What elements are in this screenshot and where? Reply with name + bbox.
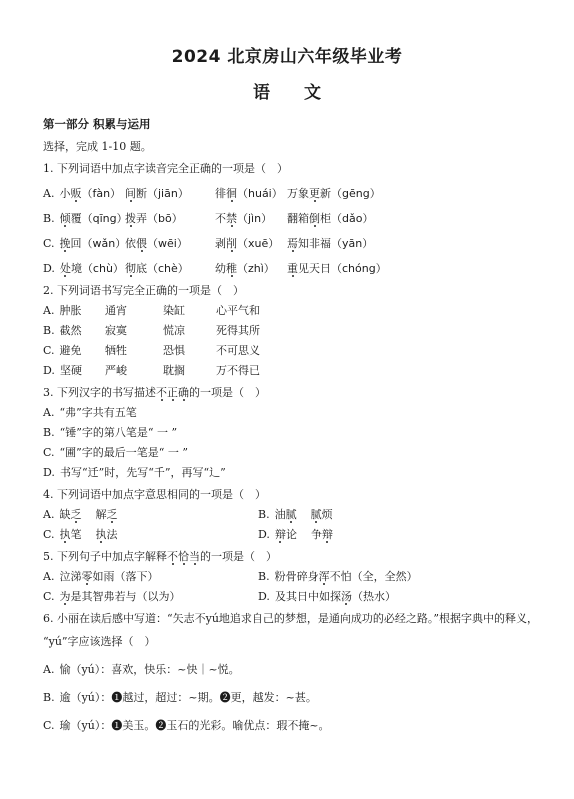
- option-cell: B.油腻腻烦: [258, 507, 546, 522]
- option-cell: B.倾覆（qīng）: [43, 211, 125, 226]
- option-cell: 幼稚（zhì）: [215, 261, 287, 276]
- dictionary-definition: 逾（yú）：❶越过，超过：~期。❷更，越发：~甚。: [60, 691, 317, 704]
- pinyin-text: （wēi）: [147, 237, 188, 250]
- option-cell: 万象更新（gēng）: [287, 186, 546, 201]
- option-cell: 严峻: [105, 363, 163, 378]
- option-cell: 寂寞: [105, 323, 163, 338]
- option-label: A.: [43, 304, 54, 317]
- pinyin-text: （jìn）: [237, 212, 272, 225]
- option-row: B.截然寂寞慌凉死得其所: [43, 323, 546, 338]
- option-label: D.: [258, 590, 270, 603]
- option-cell: 依偎（wēi）: [125, 236, 215, 251]
- option-row: B.逾（yú）：❶越过，超过：~期。❷更，越发：~甚。: [43, 690, 546, 705]
- pinyin-text: （zhì）: [237, 262, 275, 275]
- option-row: A.泣涕零如雨（落下）B.粉骨碎身浑不怕（全，全然）: [43, 569, 546, 584]
- subject-title: 语 文: [0, 82, 574, 104]
- option-row: C.执笔执法D.辩论争辩: [43, 527, 546, 542]
- option-cell: 重见天日（chóng）: [287, 261, 546, 276]
- option-label: B.: [43, 324, 55, 337]
- option-word: 执笔: [60, 528, 82, 541]
- pinyin-text: （jiān）: [147, 187, 189, 200]
- option-cell: 翻箱倒柜（dǎo）: [287, 211, 546, 226]
- option-cell: D.坚硬: [43, 363, 105, 378]
- option-cell: 万不得已: [216, 363, 546, 378]
- pinyin-text: （chù）: [82, 262, 124, 275]
- option-label: A.: [43, 663, 54, 676]
- question-1: 1. 下列词语中加点字读音完全正确的一项是（ ）A.小贩（fàn）间断（jiān…: [43, 161, 546, 276]
- option-label: C.: [43, 344, 55, 357]
- option-label: D.: [258, 528, 270, 541]
- pinyin-text: （qīng）: [82, 212, 128, 225]
- option-cell: C.挽回（wǎn）: [43, 236, 125, 251]
- option-word: 缺乏: [59, 508, 81, 521]
- option-row: C.瑜（yú）：❶美玉。❷玉石的光彩。喻优点：瑕不掩~。: [43, 718, 546, 733]
- question-4: 4. 下列词语中加点字意思相同的一项是（ ）A.缺乏解乏B.油腻腻烦C.执笔执法…: [43, 487, 546, 542]
- option-row: A.缺乏解乏B.油腻腻烦: [43, 507, 546, 522]
- option-cell: A.缺乏解乏: [43, 507, 258, 522]
- option-row: B.倾覆（qīng）拨弄（bō）不禁（jìn）翻箱倒柜（dǎo）: [43, 211, 546, 226]
- option-cell: B.粉骨碎身浑不怕（全，全然）: [258, 569, 546, 584]
- section-heading: 第一部分 积累与运用: [43, 117, 546, 132]
- option-label: A.: [43, 187, 54, 200]
- question-prompt: 1. 下列词语中加点字读音完全正确的一项是（ ）: [43, 161, 546, 176]
- option-row: C.避免牺牲恐惧不可思义: [43, 343, 546, 358]
- option-word: 辩论: [275, 528, 297, 541]
- pinyin-text: （fàn）: [81, 187, 121, 200]
- option-row: C.“圃”字的最后一笔是“ 一 ”: [43, 445, 546, 460]
- pinyin-text: （bō）: [147, 212, 183, 225]
- dictionary-definition: 愉（yú）：喜欢，快乐：~快｜~悦。: [59, 663, 239, 676]
- option-cell: 徘徊（huái）: [215, 186, 287, 201]
- option-label: C.: [43, 590, 55, 603]
- option-row: A.愉（yú）：喜欢，快乐：~快｜~悦。: [43, 662, 546, 677]
- option-label: B.: [258, 508, 270, 521]
- option-row: A.肿胀通宵染缸心平气和: [43, 303, 546, 318]
- option-label: D.: [43, 466, 55, 479]
- question-prompt: 5. 下列句子中加点字解释不恰当的一项是（ ）: [43, 549, 546, 564]
- question-5: 5. 下列句子中加点字解释不恰当的一项是（ ）A.泣涕零如雨（落下）B.粉骨碎身…: [43, 549, 546, 604]
- pinyin-text: （dǎo）: [331, 212, 373, 225]
- question-stem: 6. 小丽在读后感中写道：“矢志不yú地追求自己的梦想，是通向成功的必经之路。”…: [43, 611, 546, 626]
- option-label: A.: [43, 570, 54, 583]
- option-row: A.“弗”字共有五笔: [43, 405, 546, 420]
- question-3: 3. 下列汉字的书写描述不正确的一项是（ ）A.“弗”字共有五笔B.“锤”字的第…: [43, 385, 546, 480]
- option-cell: 不可思义: [216, 343, 546, 358]
- option-label: D.: [43, 364, 55, 377]
- option-label: D.: [43, 262, 55, 275]
- option-word: 腻烦: [311, 508, 333, 521]
- option-word: 争辩: [311, 528, 333, 541]
- option-cell: 彻底（chè）: [125, 261, 215, 276]
- option-word: 油腻: [275, 508, 297, 521]
- question-2: 2. 下列词语书写完全正确的一项是（ ）A.肿胀通宵染缸心平气和B.截然寂寞慌凉…: [43, 283, 546, 378]
- intro-line: 选择，完成 1-10 题。: [43, 139, 546, 154]
- option-word: 执法: [96, 528, 118, 541]
- pinyin-text: （chè）: [147, 262, 189, 275]
- option-label: C.: [43, 528, 55, 541]
- pinyin-text: （yān）: [331, 237, 373, 250]
- pinyin-text: （huái）: [237, 187, 283, 200]
- option-cell: 不禁（jìn）: [215, 211, 287, 226]
- option-row: A.小贩（fàn）间断（jiān）徘徊（huái）万象更新（gēng）: [43, 186, 546, 201]
- question-prompt: 4. 下列词语中加点字意思相同的一项是（ ）: [43, 487, 546, 502]
- option-label: B.: [43, 212, 55, 225]
- option-row: D.书写“迁”时，先写“千”，再写“辶”: [43, 465, 546, 480]
- option-label: A.: [43, 406, 54, 419]
- option-label: A.: [43, 508, 54, 521]
- option-cell: 恐惧: [163, 343, 216, 358]
- pinyin-text: （wǎn）: [82, 237, 127, 250]
- questions-list: 1. 下列词语中加点字读音完全正确的一项是（ ）A.小贩（fàn）间断（jiān…: [43, 161, 546, 733]
- option-cell: D.处境（chù）: [43, 261, 125, 276]
- option-cell: 通宵: [105, 303, 163, 318]
- page-title: 2024 北京房山六年级毕业考: [0, 46, 574, 68]
- option-cell: D.辩论争辩: [258, 527, 546, 542]
- option-cell: 死得其所: [216, 323, 546, 338]
- question-prompt: 3. 下列汉字的书写描述不正确的一项是（ ）: [43, 385, 546, 400]
- option-cell: 焉知非福（yān）: [287, 236, 546, 251]
- option-cell: A.小贩（fàn）: [43, 186, 125, 201]
- option-cell: A.泣涕零如雨（落下）: [43, 569, 258, 584]
- option-word: 解乏: [95, 508, 117, 521]
- question-stem: “yú”字应该选择（ ）: [43, 634, 546, 649]
- question-prompt: 2. 下列词语书写完全正确的一项是（ ）: [43, 283, 546, 298]
- option-label: B.: [43, 426, 55, 439]
- option-cell: C.执笔执法: [43, 527, 258, 542]
- question-6: 6. 小丽在读后感中写道：“矢志不yú地追求自己的梦想，是通向成功的必经之路。”…: [43, 611, 546, 733]
- option-cell: 慌凉: [163, 323, 216, 338]
- option-cell: 牺牲: [105, 343, 163, 358]
- option-cell: C.避免: [43, 343, 105, 358]
- option-cell: 心平气和: [216, 303, 546, 318]
- pinyin-text: （gēng）: [331, 187, 381, 200]
- option-cell: 剥削（xuē）: [215, 236, 287, 251]
- option-label: C.: [43, 446, 55, 459]
- dictionary-definition: 瑜（yú）：❶美玉。❷玉石的光彩。喻优点：瑕不掩~。: [60, 719, 330, 732]
- option-cell: A.肿胀: [43, 303, 105, 318]
- option-cell: B.截然: [43, 323, 105, 338]
- exam-paper-page: 2024 北京房山六年级毕业考 语 文 第一部分 积累与运用 选择，完成 1-1…: [0, 0, 574, 799]
- option-row: C.挽回（wǎn）依偎（wēi）剥削（xuē）焉知非福（yān）: [43, 236, 546, 251]
- option-label: C.: [43, 237, 55, 250]
- option-cell: 间断（jiān）: [125, 186, 215, 201]
- option-cell: C.为是其智弗若与（以为）: [43, 589, 258, 604]
- option-row: C.为是其智弗若与（以为）D.及其日中如探汤（热水）: [43, 589, 546, 604]
- option-cell: 染缸: [163, 303, 216, 318]
- option-label: B.: [258, 570, 270, 583]
- option-row: D.坚硬严峻耽搁万不得已: [43, 363, 546, 378]
- pinyin-text: （xuē）: [237, 237, 279, 250]
- option-cell: 耽搁: [163, 363, 216, 378]
- option-label: C.: [43, 719, 55, 732]
- pinyin-text: （chóng）: [331, 262, 387, 275]
- option-cell: D.及其日中如探汤（热水）: [258, 589, 546, 604]
- option-row: D.处境（chù）彻底（chè）幼稚（zhì）重见天日（chóng）: [43, 261, 546, 276]
- option-row: B.“锤”字的第八笔是“ 一 ”: [43, 425, 546, 440]
- paper-content: 第一部分 积累与运用 选择，完成 1-10 题。 1. 下列词语中加点字读音完全…: [0, 104, 574, 733]
- option-label: B.: [43, 691, 55, 704]
- option-cell: 拨弄（bō）: [125, 211, 215, 226]
